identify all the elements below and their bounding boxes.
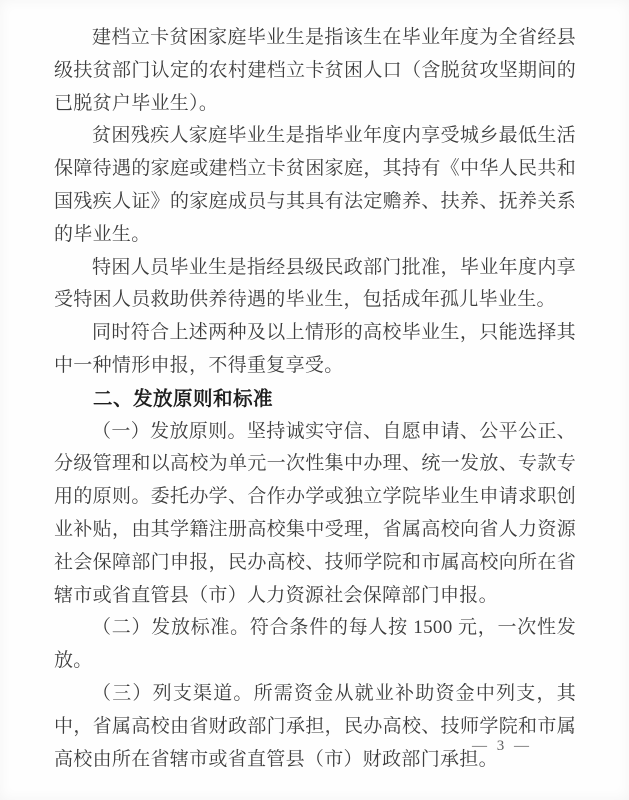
paragraph-tekun-renyuan-definition: 特困人员毕业生是指经县级民政部门批准，毕业年度内享受特困人员救助供养待遇的毕业生…: [54, 252, 576, 318]
paragraph-funding-channel: （三）列支渠道。所需资金从就业补助资金中列支，其中，省属高校由省财政部门承担，民…: [54, 678, 576, 776]
page-number: — 3 —: [472, 737, 532, 755]
paragraph-issuance-standard: （二）发放标准。符合条件的每人按 1500 元，一次性发放。: [54, 612, 576, 678]
paragraph-pinkun-canjiren-definition: 贫困残疾人家庭毕业生是指毕业年度内享受城乡最低生活保障待遇的家庭或建档立卡贫困家…: [54, 120, 576, 251]
paragraph-jiandanglika-definition: 建档立卡贫困家庭毕业生是指该生在毕业年度为全省经县级扶贫部门认定的农村建档立卡贫…: [54, 22, 576, 120]
paragraph-no-duplicate-claim: 同时符合上述两种及以上情形的高校毕业生，只能选择其中一种情形申报，不得重复享受。: [54, 317, 576, 383]
paragraph-issuance-principles: （一）发放原则。坚持诚实守信、自愿申请、公平公正、分级管理和以高校为单元一次性集…: [54, 416, 576, 613]
document-body: 建档立卡贫困家庭毕业生是指该生在毕业年度为全省经县级扶贫部门认定的农村建档立卡贫…: [54, 22, 576, 776]
document-page: 建档立卡贫困家庭毕业生是指该生在毕业年度为全省经县级扶贫部门认定的农村建档立卡贫…: [0, 0, 629, 800]
section-heading-principles-standards: 二、发放原则和标准: [54, 383, 576, 416]
